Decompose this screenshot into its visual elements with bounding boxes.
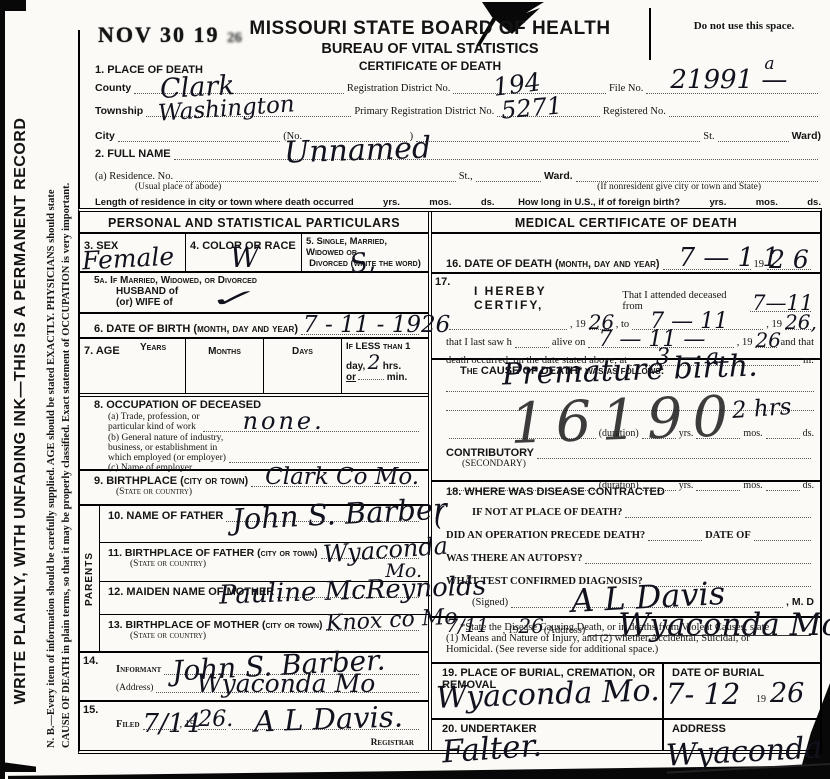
certify-him-field xyxy=(515,334,549,348)
length-label: Length of residence in city or town wher… xyxy=(95,197,354,208)
medical-title: MEDICAL CERTIFICATE OF DEATH xyxy=(432,212,820,234)
footnote-line3: Homicidal. (See reverse side for additio… xyxy=(446,644,814,655)
section-full-name: 2. FULL NAME Unnamed (a) Residence. No. … xyxy=(95,146,821,208)
dob-value: 7 - 11 - 1926 xyxy=(303,314,450,337)
penciled-file-number: 16190 xyxy=(509,384,739,457)
filed-date-value: 7/14 xyxy=(143,711,201,737)
regdist-field: 194 xyxy=(453,80,606,94)
full-name-label: 2. FULL NAME xyxy=(95,148,171,160)
burial-value: Wyaconda Mo. xyxy=(436,676,661,714)
certify-andthat: and that xyxy=(780,337,814,348)
filed-number: 15. xyxy=(83,704,98,716)
fileno-label: File No. xyxy=(609,83,643,94)
occupation-a1: (a) Trade, profession, or xyxy=(108,412,200,422)
length-of-residence-row: Length of residence in city or town wher… xyxy=(95,197,821,208)
age-years-head: Years xyxy=(140,342,166,353)
dod-year-field: 2 6 xyxy=(767,256,811,270)
informant-label: Informant xyxy=(116,664,161,675)
birthplace-label: 9. BIRTHPLACE (city or town) xyxy=(94,475,248,487)
age-hrs-value: 2 xyxy=(368,350,381,374)
county-label: County xyxy=(95,82,131,94)
dod-value: 7 — 1 1 xyxy=(679,245,779,271)
township-label: Township xyxy=(95,105,143,117)
age-day-label: day, xyxy=(346,361,365,372)
residence-extra-field xyxy=(576,168,818,182)
age-or-label: or xyxy=(346,372,356,383)
married-checkmark: ✓ xyxy=(202,288,256,312)
residence-no-field xyxy=(176,168,456,182)
residence-label: (a) Residence. No. xyxy=(95,171,173,182)
row-occupation: 8. OCCUPATION OF DECEASED (a) Trade, pro… xyxy=(80,397,428,471)
mother-bp-field: Knox co Mo xyxy=(326,617,419,631)
father-bp-field: Wyaconda xyxy=(321,545,419,559)
mother-bp-label: 13. BIRTHPLACE OF MOTHER (city or town) xyxy=(108,619,323,631)
scan-edge-left xyxy=(0,0,5,779)
autopsy-field xyxy=(585,550,811,564)
certify-yb-field: 26, xyxy=(785,316,811,330)
age-less-3: or min. xyxy=(346,372,424,383)
occupation-a-field: none. xyxy=(203,418,419,432)
row-footnote: *State the Disease Causing Death, or in … xyxy=(432,618,820,664)
operation-field xyxy=(648,527,702,541)
dod-year-value: 2 6 xyxy=(769,247,809,272)
margin-nb-note-line1: N. B.—Every item of information should b… xyxy=(46,76,57,748)
row-cause-of-death: The CAUSE OF DEATH* was as follows: Prem… xyxy=(432,360,820,482)
father-name-field: John S. Barber xyxy=(226,508,419,522)
full-name-field: Unnamed xyxy=(174,146,818,160)
row-undertaker: 20. UNDERTAKER Falter. ADDRESS Wyaconda … xyxy=(432,720,820,750)
row-married-to: 5a. If Married, Widowed, or Divorced HUS… xyxy=(80,273,428,314)
footnote-line2: (1) Means and Nature of Injury, and (2) … xyxy=(446,633,814,644)
certify-19c: , 19 xyxy=(737,337,753,348)
city-street-field xyxy=(416,128,700,142)
certify-lead: I HEREBY CERTIFY, xyxy=(474,284,618,312)
us-mos: mos. xyxy=(756,197,778,208)
where-label: 18. WHERE WAS DISEASE CONTRACTED xyxy=(446,486,814,498)
undertaker-value: Falter. xyxy=(441,731,543,769)
section-place-of-death: 1. PLACE OF DEATH County Clark Registrat… xyxy=(95,64,821,142)
father-name-label: 10. NAME OF FATHER xyxy=(108,510,223,522)
certify-yc-value: 26 xyxy=(755,330,780,350)
dod-field: 7 — 1 1 xyxy=(663,256,751,270)
row-informant: 14. Informant John S. Barber. (Address) … xyxy=(80,653,428,702)
row-certify: 17. I HEREBY CERTIFY, That I attended de… xyxy=(432,274,820,360)
row-burial: 19. PLACE OF BURIAL, CREMATION, OR REMOV… xyxy=(432,664,820,720)
certify-yb-value: 26, xyxy=(785,312,817,332)
burial-19: 19 xyxy=(756,694,766,705)
filed-date-field: 7/14 xyxy=(143,716,177,730)
age-hrs-label: hrs. xyxy=(383,361,401,372)
certify-cont-field xyxy=(449,316,567,330)
primreg-field: 5271 xyxy=(497,103,600,117)
personal-particulars-column: PERSONAL AND STATISTICAL PARTICULARS 3. … xyxy=(80,212,432,750)
ifnot-label: IF NOT AT PLACE OF DEATH? xyxy=(472,507,622,518)
fileno-field: 21991 — a xyxy=(646,80,818,94)
header-board-title: MISSOURI STATE BOARD OF HEALTH xyxy=(215,18,645,40)
certify-alive: alive on xyxy=(552,337,586,348)
age-less-2: day, 2 hrs. xyxy=(346,352,424,372)
dob-field: 7 - 11 - 1926 xyxy=(301,321,419,335)
dob-label: 6. DATE OF BIRTH (month, day and year) xyxy=(94,323,298,335)
autopsy-label: WAS THERE AN AUTOPSY? xyxy=(446,553,582,564)
dateof-field xyxy=(754,527,811,541)
scan-corner-topleft xyxy=(0,0,26,11)
occupation-b3: which employed (or employer) xyxy=(108,453,226,463)
duration-ds-field xyxy=(766,425,800,439)
informant-address-label: (Address) xyxy=(116,683,153,693)
age-label: 7. AGE xyxy=(84,345,120,357)
do-not-use-note: Do not use this space. xyxy=(664,20,824,32)
primreg-label: Primary Registration District No. xyxy=(354,106,494,117)
certificate-body: PERSONAL AND STATISTICAL PARTICULARS 3. … xyxy=(78,208,822,754)
us-ds: ds. xyxy=(807,197,821,208)
form-left-border xyxy=(78,30,80,208)
city-ward-field xyxy=(718,128,789,142)
occupation-b2: business, or establishment in xyxy=(108,443,226,453)
age-months-head: Months xyxy=(208,346,241,357)
full-name-row: 2. FULL NAME Unnamed xyxy=(95,146,821,160)
birthplace-value: Clark Co Mo. xyxy=(265,466,419,489)
residence-ward-label: Ward. xyxy=(544,170,573,182)
margin-nb-note-line2: CAUSE OF DEATH in plain terms, so that i… xyxy=(61,76,72,748)
city-label: City xyxy=(95,130,115,142)
sex-cell: 3. SEX Female xyxy=(80,234,186,271)
regdist-label: Registration District No. xyxy=(347,83,451,94)
age-days-head: Days xyxy=(292,346,313,357)
age-months-cell: Months xyxy=(186,339,264,393)
header-divider-line xyxy=(649,8,651,60)
city-row: City (No. ) St. Ward) xyxy=(95,128,821,142)
row-disease-contracted: 18. WHERE WAS DISEASE CONTRACTED ( IF NO… xyxy=(432,482,820,618)
full-name-value: Unnamed xyxy=(283,133,431,168)
county-row: County Clark Registration District No. 1… xyxy=(95,80,821,94)
parents-gutter: PARENTS xyxy=(80,506,100,651)
age-days-cell: Days xyxy=(264,339,342,393)
occupation-b1: (b) General nature of industry, xyxy=(108,433,226,443)
burial-place-cell: 19. PLACE OF BURIAL, CREMATION, OR REMOV… xyxy=(432,664,664,718)
informant-address-value: Wyaconda Mo xyxy=(196,671,375,696)
informant-number: 14. xyxy=(83,655,98,667)
age-label-cell: 7. AGE Years xyxy=(80,339,186,393)
occupation-a2: particular kind of work xyxy=(108,422,200,432)
dod-label: 16. DATE OF DEATH (month, day and year) xyxy=(446,258,660,270)
burial-date-cell: DATE OF BURIAL 7- 12 19 26 xyxy=(664,664,820,718)
residence-st-label: St., xyxy=(459,171,473,182)
filed-signature-value: A L Davis. xyxy=(254,702,404,736)
primreg-value: 5271 xyxy=(500,93,563,122)
header-bureau-subtitle: BUREAU OF VITAL STATISTICS xyxy=(215,41,645,57)
father-bp-label: 11. BIRTHPLACE OF FATHER (city or town) xyxy=(108,547,318,559)
city-ward-label: Ward) xyxy=(792,130,821,142)
margin-permanent-record-note: WRITE PLAINLY, WITH UNFADING INK—THIS IS… xyxy=(12,58,30,764)
township-row: Township Washington Primary Registration… xyxy=(95,103,821,117)
certify-lastsaw: that I last saw h xyxy=(446,337,512,348)
age-less-1: If LESS than 1 xyxy=(346,341,424,352)
contributory-secondary: (SECONDARY) xyxy=(462,459,814,469)
duration-value: 2 hrs xyxy=(732,396,793,423)
occupation-a-value: none. xyxy=(243,409,325,433)
length-ds: ds. xyxy=(481,197,495,208)
city-st-label: St. xyxy=(703,131,714,142)
married-label-1: 5a. If Married, Widowed, or Divorced xyxy=(94,275,422,286)
age-less-cell: If LESS than 1 day, 2 hrs. or min. xyxy=(342,339,428,393)
parents-label: PARENTS xyxy=(84,552,95,606)
ifnot-field xyxy=(625,504,811,518)
registered-field xyxy=(669,103,818,117)
burial-year-value: 26 xyxy=(770,680,804,707)
residence-notes-row: (Usual place of abode) (If nonresident g… xyxy=(95,182,821,192)
personal-title: PERSONAL AND STATISTICAL PARTICULARS xyxy=(80,212,428,234)
stray-paren-mark: ( xyxy=(434,504,444,530)
parents-block: PARENTS 10. NAME OF FATHER John S. Barbe… xyxy=(80,506,428,653)
city-field xyxy=(118,128,280,142)
birthplace-field: Clark Co Mo. xyxy=(251,473,419,487)
certify-number: 17. xyxy=(435,276,450,288)
row-age: 7. AGE Years Months Days If LESS than 1 … xyxy=(80,339,428,397)
sex-value: Female xyxy=(81,244,174,274)
burial-date-value: 7- 12 xyxy=(666,680,740,709)
undertaker-cell: 20. UNDERTAKER Falter. xyxy=(432,720,664,750)
duration-ds: ds. xyxy=(803,428,814,439)
medical-certificate-column: MEDICAL CERTIFICATE OF DEATH 16. DATE OF… xyxy=(432,212,820,750)
age-min-label: min. xyxy=(387,372,408,383)
length-mos: mos. xyxy=(429,197,451,208)
operation-label: DID AN OPERATION PRECEDE DEATH? xyxy=(446,530,645,541)
color-cell: 4. COLOR OR RACE W xyxy=(186,234,302,271)
registrar-label: Registrar xyxy=(94,738,414,748)
us-yrs: yrs. xyxy=(709,197,726,208)
duration-mos: mos. xyxy=(743,428,762,439)
filed-year-field: 26. xyxy=(198,716,226,730)
residence-row: (a) Residence. No. St., Ward. xyxy=(95,168,821,182)
death-certificate-page: WRITE PLAINLY, WITH UNFADING INK—THIS IS… xyxy=(0,0,830,779)
fileno-superscript: a xyxy=(764,56,774,73)
registered-label: Registered No. xyxy=(603,106,666,117)
married-label-3: (or) WIFE of xyxy=(116,297,422,308)
row-date-of-death: 16. DATE OF DEATH (month, day and year) … xyxy=(432,234,820,274)
nonresident-note: (If nonresident give city or town and St… xyxy=(597,182,761,192)
married-label-2: HUSBAND of xyxy=(116,286,422,297)
occupation-b-field xyxy=(229,449,419,463)
certify-yc-field: 26 xyxy=(755,334,777,348)
filed-year-value: 26. xyxy=(198,709,233,731)
length-yrs: yrs. xyxy=(383,197,400,208)
uslength-label: How long in U.S., if of foreign birth? xyxy=(518,197,680,208)
filed-signature-field: A L Davis. xyxy=(232,716,419,730)
stamp-text: NOV 30 19 xyxy=(98,22,220,47)
row-filed: 15. Filed 7/14 , 19 26. A L Davis. Regis… xyxy=(80,702,428,750)
footnote-line1: *State the Disease Causing Death, or in … xyxy=(460,622,814,633)
marital-cell: 5. Single, Married, Widowed or Divorced … xyxy=(302,234,428,271)
row-date-of-birth: 6. DATE OF BIRTH (month, day and year) 7… xyxy=(80,314,428,339)
mother-name-field: Pauline McReynolds xyxy=(277,584,419,598)
residence-st-field xyxy=(476,168,541,182)
abode-note: (Usual place of abode) xyxy=(135,182,221,192)
township-field: Washington xyxy=(146,103,351,117)
undertaker-address-cell: ADDRESS Wyaconda Mo xyxy=(664,720,820,750)
father-name-value: John S. Barber xyxy=(232,495,448,535)
county-field: Clark xyxy=(134,80,344,94)
filed-label: Filed xyxy=(116,719,140,730)
signed-field: A L Davis xyxy=(511,594,783,608)
informant-address-field: Wyaconda Mo xyxy=(156,679,419,693)
row-sex-color-marital: 3. SEX Female 4. COLOR OR RACE W 5. Sing… xyxy=(80,234,428,273)
color-value: W xyxy=(230,244,259,272)
dateof-label: DATE OF xyxy=(705,530,751,541)
certify-19a: , 19 xyxy=(570,319,586,330)
